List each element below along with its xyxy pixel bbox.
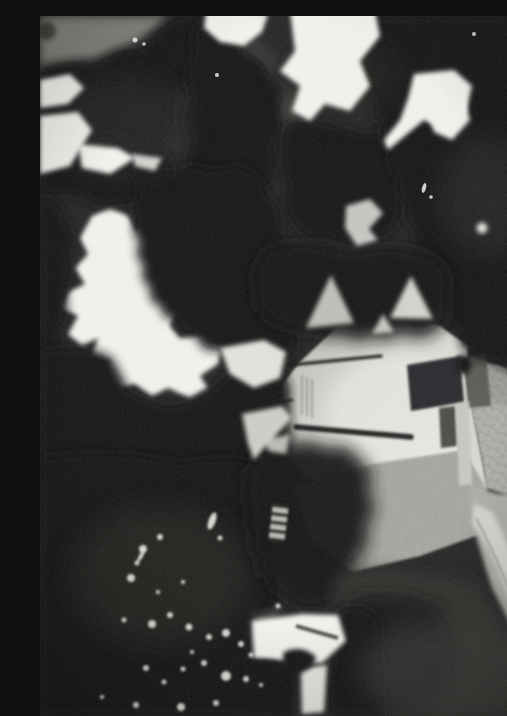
photograph: Blurred black-and-white photograph taken… bbox=[40, 16, 507, 716]
vignette-overlay bbox=[40, 16, 507, 716]
photo-canvas bbox=[40, 16, 507, 716]
